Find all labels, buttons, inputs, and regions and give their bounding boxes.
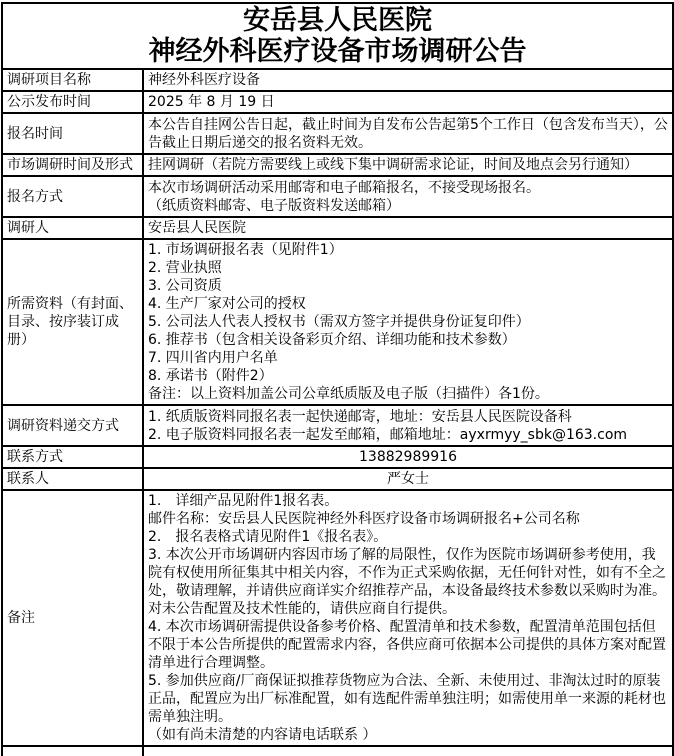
document-title: 安岳县人民医院 神经外科医疗设备市场调研公告 xyxy=(2,3,673,69)
row-value-project-name: 神经外科医疗设备 xyxy=(143,69,673,91)
row-label-submission-method: 调研资料递交方式 xyxy=(2,405,143,446)
row-value-required-materials: 1. 市场调研报名表（见附件1） 2. 营业执照 3. 公司资质 4. 生产厂家… xyxy=(143,239,673,405)
row-value-surveyor: 安岳县人民医院 xyxy=(143,217,673,239)
table-row-required-materials: 所需资料（有封面、目录、按序装订成册） 1. 市场调研报名表（见附件1） 2. … xyxy=(2,239,673,405)
row-label-publish-date: 公示发布时间 xyxy=(2,91,143,113)
table-row-registration-time: 报名时间 本公告自挂网公告日起，截止时间为自发布公告起第5个工作日（包含发布当天… xyxy=(2,113,673,154)
row-value-registration-method: 本次市场调研活动采用邮寄和电子邮箱报名，不接受现场报名。 （纸质资料邮寄、电子版… xyxy=(143,176,673,217)
row-value-registration-time: 本公告自挂网公告日起，截止时间为自发布公告起第5个工作日（包含发布当天），公告截… xyxy=(143,113,673,154)
row-value-contact-phone: 13882989916 xyxy=(143,446,673,468)
row-label-notes: 备注 xyxy=(2,490,143,746)
row-label-contact-phone: 联系方式 xyxy=(2,446,143,468)
title-row: 安岳县人民医院 神经外科医疗设备市场调研公告 xyxy=(2,3,673,69)
row-value-publish-date: 2025 年 8 月 19 日 xyxy=(143,91,673,113)
table-row-publish-date: 公示发布时间 2025 年 8 月 19 日 xyxy=(2,91,673,113)
table-row-contact-phone: 联系方式 13882989916 xyxy=(2,446,673,468)
table-row-clipped-next xyxy=(2,746,673,756)
row-label-surveyor: 调研人 xyxy=(2,217,143,239)
clipped-next-row-label-cell xyxy=(2,746,143,756)
row-value-submission-method: 1. 纸质版资料同报名表一起快递邮寄，地址：安岳县人民医院设备科 2. 电子版资… xyxy=(143,405,673,446)
row-label-project-name: 调研项目名称 xyxy=(2,69,143,91)
row-value-contact-person: 严女士 xyxy=(143,468,673,490)
table-row-surveyor: 调研人 安岳县人民医院 xyxy=(2,217,673,239)
announcement-page: 安岳县人民医院 神经外科医疗设备市场调研公告 调研项目名称 神经外科医疗设备 公… xyxy=(0,0,674,756)
table-row-notes: 备注 1. 详细产品见附件1报名表。 邮件名称：安岳县人民医院神经外科医疗设备市… xyxy=(2,490,673,746)
row-label-survey-time-form: 市场调研时间及形式 xyxy=(2,154,143,176)
table-row-submission-method: 调研资料递交方式 1. 纸质版资料同报名表一起快递邮寄，地址：安岳县人民医院设备… xyxy=(2,405,673,446)
row-label-required-materials: 所需资料（有封面、目录、按序装订成册） xyxy=(2,239,143,405)
row-label-registration-method: 报名方式 xyxy=(2,176,143,217)
table-row-survey-time-form: 市场调研时间及形式 挂网调研（若院方需要线上或线下集中调研需求论证，时间及地点会… xyxy=(2,154,673,176)
row-label-contact-person: 联系人 xyxy=(2,468,143,490)
document-title-line2: 神经外科医疗设备市场调研公告 xyxy=(5,36,670,67)
document-title-line1: 安岳县人民医院 xyxy=(5,5,670,36)
table-row-project-name: 调研项目名称 神经外科医疗设备 xyxy=(2,69,673,91)
row-label-registration-time: 报名时间 xyxy=(2,113,143,154)
clipped-next-row-value-cell xyxy=(143,746,673,756)
announcement-table: 安岳县人民医院 神经外科医疗设备市场调研公告 调研项目名称 神经外科医疗设备 公… xyxy=(1,2,674,756)
row-value-survey-time-form: 挂网调研（若院方需要线上或线下集中调研需求论证，时间及地点会另行通知） xyxy=(143,154,673,176)
table-row-contact-person: 联系人 严女士 xyxy=(2,468,673,490)
table-row-registration-method: 报名方式 本次市场调研活动采用邮寄和电子邮箱报名，不接受现场报名。 （纸质资料邮… xyxy=(2,176,673,217)
row-value-notes: 1. 详细产品见附件1报名表。 邮件名称：安岳县人民医院神经外科医疗设备市场调研… xyxy=(143,490,673,746)
